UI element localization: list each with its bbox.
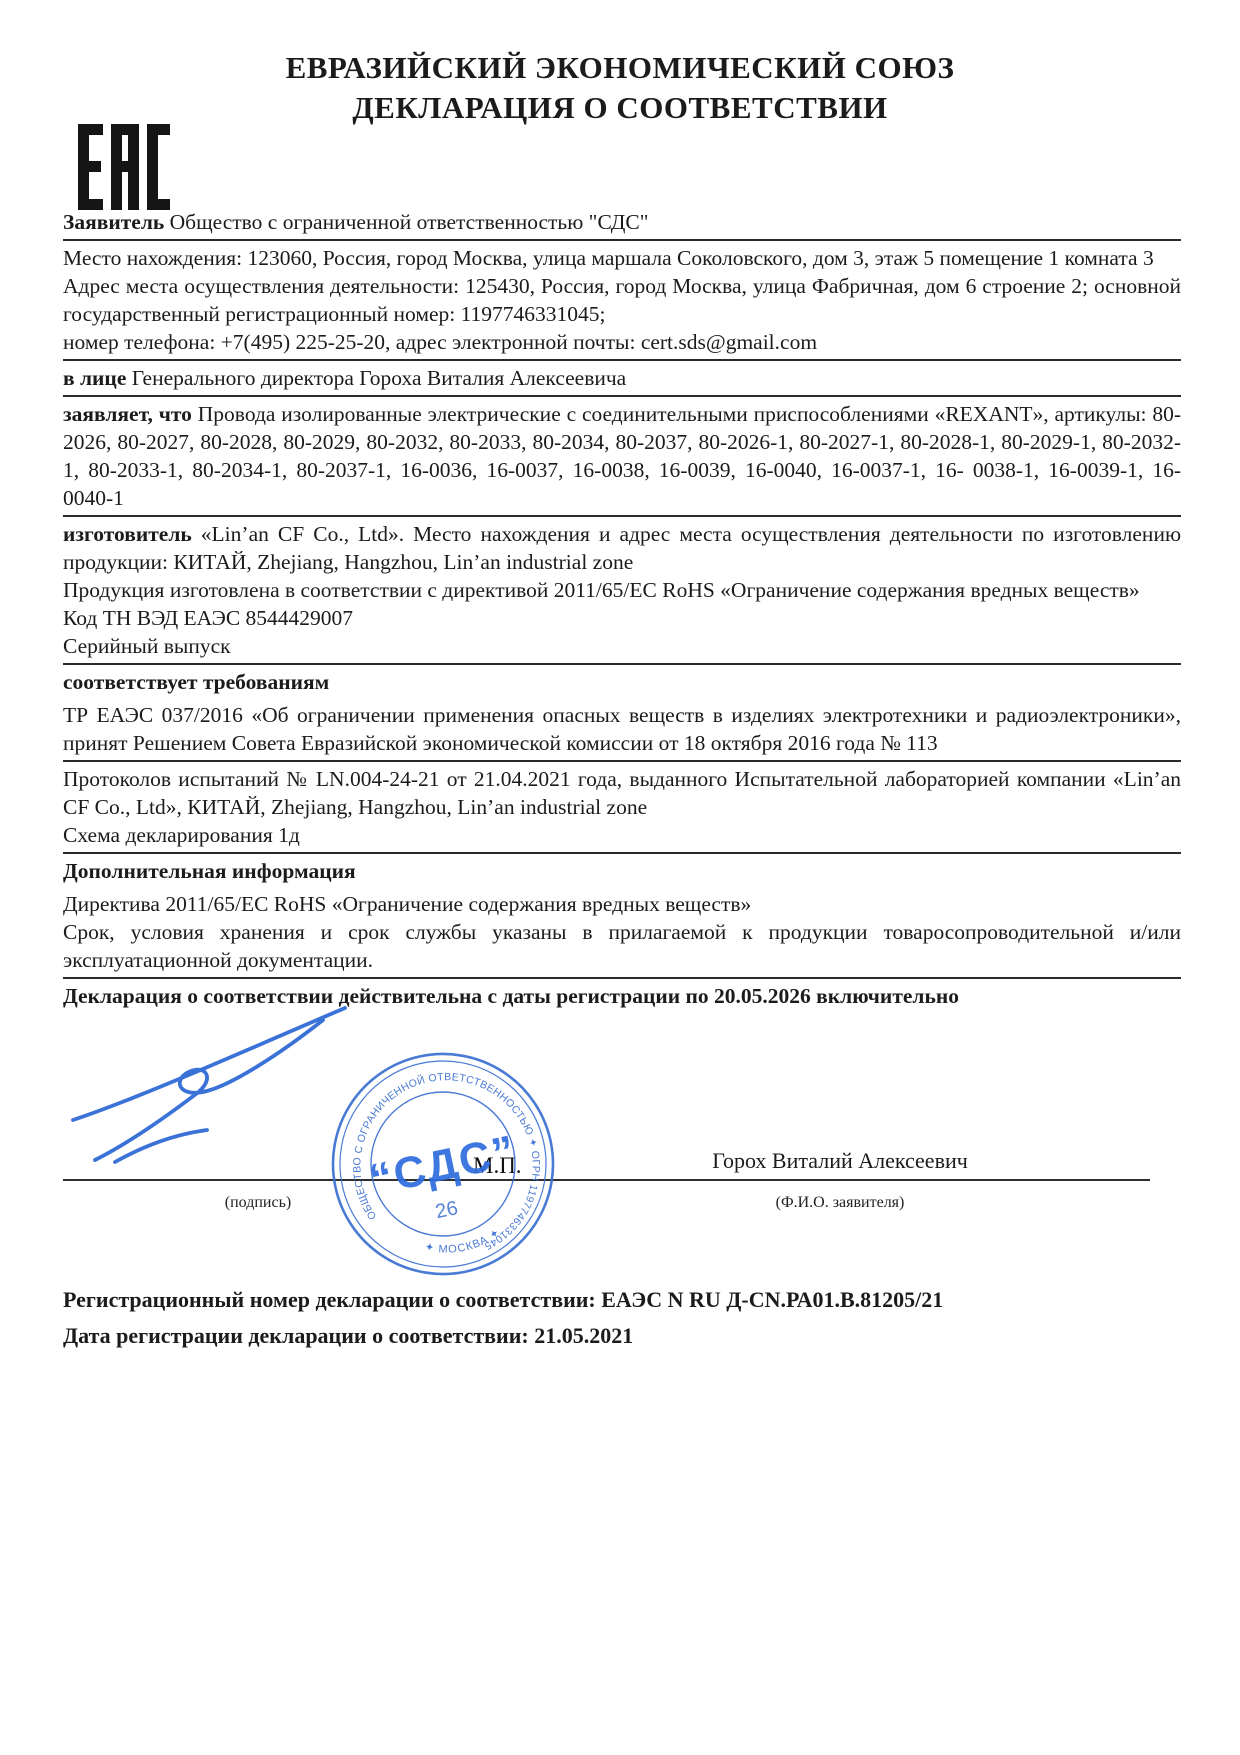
manufacturer-line: изготовитель «Lin’an CF Co., Ltd». Место… — [63, 520, 1181, 576]
title-line-declaration: ДЕКЛАРАЦИЯ О СООТВЕТСТВИИ — [0, 88, 1240, 128]
address-section: Место нахождения: 123060, Россия, город … — [63, 242, 1181, 361]
manufacturer-section: изготовитель «Lin’an CF Co., Ltd». Место… — [63, 518, 1181, 665]
serial-release: Серийный выпуск — [63, 632, 1181, 660]
represented-by-value: Генерального директора Гороха Виталия Ал… — [132, 366, 626, 390]
handwritten-signature — [55, 992, 365, 1177]
address-activity: Адрес места осуществления деятельности: … — [63, 272, 1181, 328]
represented-by-label: в лице — [63, 366, 126, 390]
applicant-value: Общество с ограниченной ответственностью… — [170, 210, 649, 234]
declares-label: заявляет, что — [63, 402, 192, 426]
registration-number-line: Регистрационный номер декларации о соотв… — [63, 1282, 1181, 1318]
applicant-fio: Горох Виталий Алексеевич — [530, 1147, 1150, 1175]
fio-caption: (Ф.И.О. заявителя) — [530, 1189, 1150, 1217]
additional-info-heading: Дополнительная информация — [63, 855, 1181, 888]
registration-footer: Регистрационный номер декларации о соотв… — [63, 1282, 1181, 1354]
registration-date-line: Дата регистрации декларации о соответств… — [63, 1318, 1181, 1354]
stamp-center-text: “СДС” — [366, 1126, 521, 1205]
storage-terms-line: Срок, условия хранения и срок службы ука… — [63, 918, 1181, 974]
document-title: ЕВРАЗИЙСКИЙ ЭКОНОМИЧЕСКИЙ СОЮЗ ДЕКЛАРАЦИ… — [0, 0, 1240, 128]
declaration-document: ЕВРАЗИЙСКИЙ ЭКОНОМИЧЕСКИЙ СОЮЗ ДЕКЛАРАЦИ… — [0, 0, 1240, 1755]
declaration-scheme: Схема декларирования 1д — [63, 821, 1181, 849]
title-line-union: ЕВРАЗИЙСКИЙ ЭКОНОМИЧЕСКИЙ СОЮЗ — [0, 48, 1240, 88]
directive-line: Директива 2011/65/EC RoHS «Ограничение с… — [63, 890, 1181, 918]
declares-value: Провода изолированные электрические с со… — [63, 402, 1181, 510]
eac-logo-icon — [78, 124, 170, 210]
applicant-section: Заявитель Общество с ограниченной ответс… — [63, 206, 1181, 241]
production-directive: Продукция изготовлена в соответствии с д… — [63, 576, 1181, 604]
protocols-line: Протоколов испытаний № LN.004-24-21 от 2… — [63, 765, 1181, 821]
additional-info-section: Директива 2011/65/EC RoHS «Ограничение с… — [63, 888, 1181, 979]
tnved-code: Код ТН ВЭД ЕАЭС 8544429007 — [63, 604, 1181, 632]
complies-heading: соответствует требованиям — [63, 666, 1181, 699]
applicant-label: Заявитель — [63, 210, 164, 234]
represented-by-section: в лице Генерального директора Гороха Вит… — [63, 362, 1181, 397]
manufacturer-label: изготовитель — [63, 522, 192, 546]
stamp-number: 26 — [434, 1197, 460, 1223]
signature-zone: (подпись) Горох Виталий Алексеевич (Ф.И.… — [63, 1013, 1181, 1274]
protocols-section: Протоколов испытаний № LN.004-24-21 от 2… — [63, 763, 1181, 854]
address-contacts: номер телефона: +7(495) 225-25-20, адрес… — [63, 328, 1181, 356]
manufacturer-value: «Lin’an CF Co., Ltd». Место нахождения и… — [63, 522, 1181, 574]
address-location: Место нахождения: 123060, Россия, город … — [63, 244, 1181, 272]
declares-section: заявляет, что Провода изолированные элек… — [63, 398, 1181, 517]
complies-requirements: ТР ЕАЭС 037/2016 «Об ограничении примене… — [63, 699, 1181, 762]
document-body: Заявитель Общество с ограниченной ответс… — [63, 206, 1181, 1354]
